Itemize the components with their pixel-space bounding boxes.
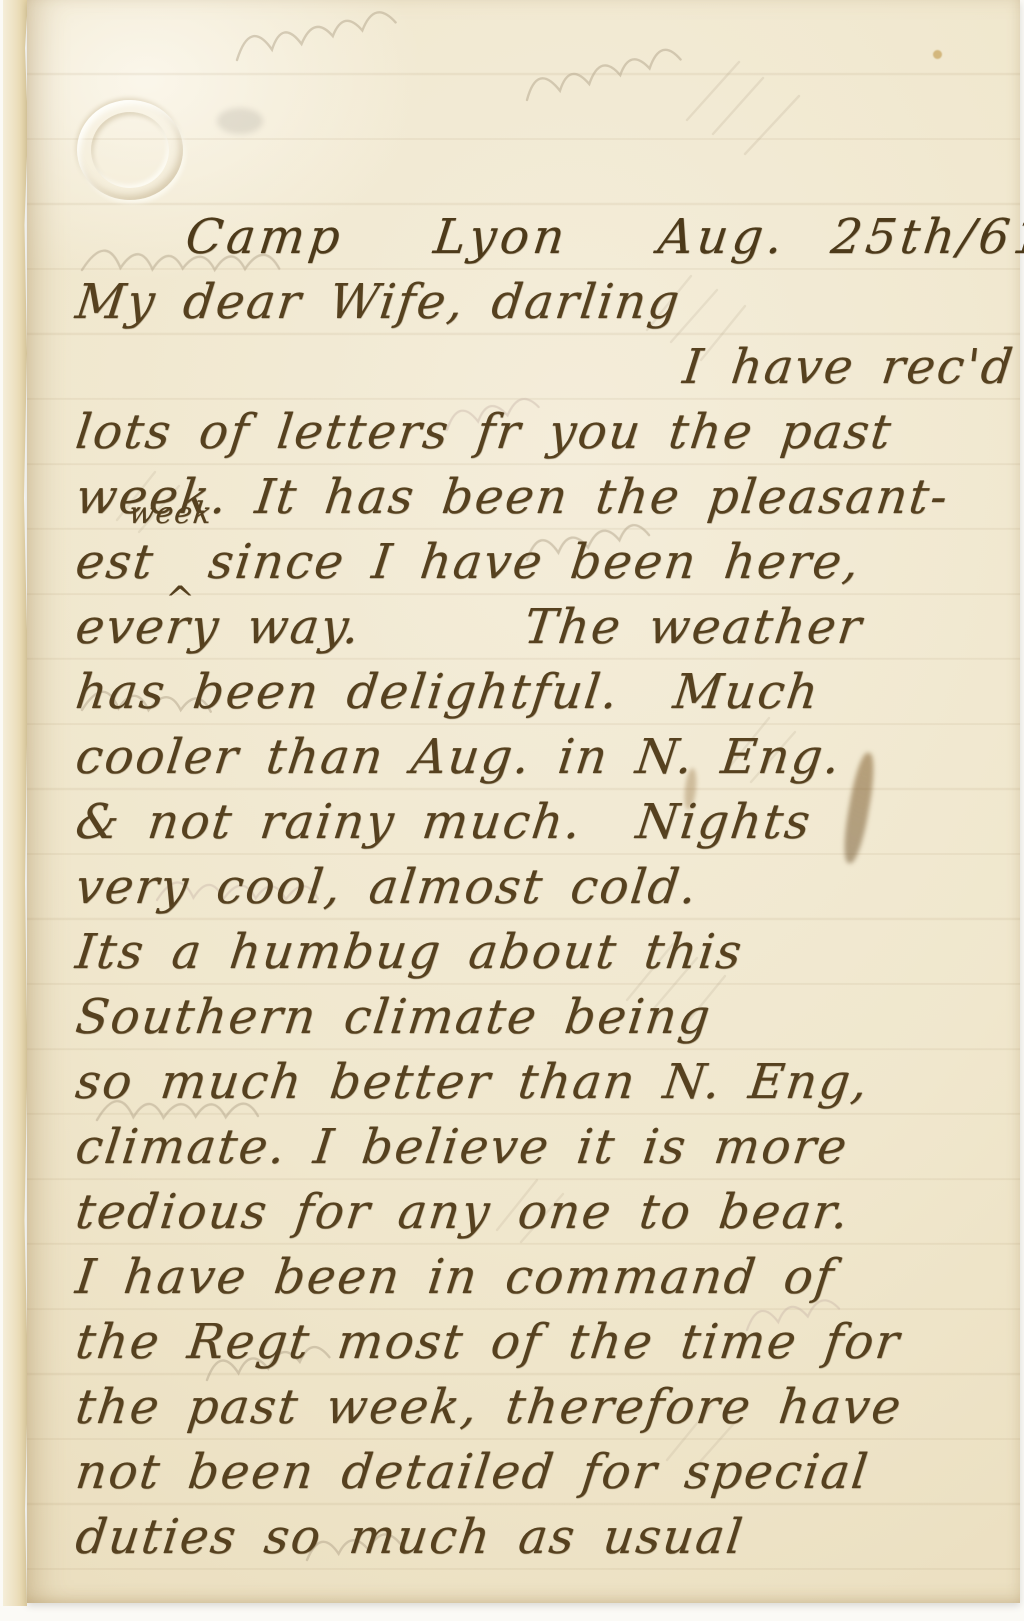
letter-line: I have been in command of <box>72 1245 1024 1310</box>
letter-line: so much better than N. Eng, <box>72 1050 1024 1115</box>
letter-line: week. It has been the pleasant- <box>72 465 1024 530</box>
letter-line: est since I have been here, <box>72 530 1024 595</box>
scan-background: { "letter": { "dateline": "Camp Lyon Aug… <box>0 0 1024 1621</box>
letter-line: the past week, therefore have <box>72 1375 1024 1440</box>
letter-line: I have rec'd <box>72 335 1024 400</box>
pencil-smudge <box>217 108 263 134</box>
letter-line: the Regt most of the time for <box>72 1310 1024 1375</box>
dateline: Camp Lyon Aug. 25th/61 <box>182 205 1024 270</box>
letter-line: duties so much as usual <box>72 1505 1024 1570</box>
letter-line: climate. I believe it is more <box>72 1115 1024 1180</box>
letter-line: lots of letters fr you the past <box>72 400 1024 465</box>
letter-line: not been detailed for special <box>72 1440 1024 1505</box>
letter-line: every way. The weather <box>72 595 1024 660</box>
letter-line: cooler than Aug. in N. Eng. <box>72 725 1024 790</box>
salutation: My dear Wife, darling <box>72 270 1024 335</box>
letter-page: week ^ Camp Lyon Aug. 25th/61 My dear Wi… <box>27 0 1020 1603</box>
second-leaf-edge <box>3 0 28 1606</box>
letter-body: Camp Lyon Aug. 25th/61 My dear Wife, dar… <box>72 205 1024 1570</box>
paper-stain-speck <box>933 50 942 59</box>
letter-line: Its a humbug about this <box>72 920 1024 985</box>
letter-line: tedious for any one to bear. <box>72 1180 1024 1245</box>
letter-line: Southern climate being <box>72 985 1024 1050</box>
embossed-seal <box>77 100 183 200</box>
letter-line: very cool, almost cold. <box>72 855 1024 920</box>
letter-line: & not rainy much. Nights <box>72 790 1024 855</box>
letter-line: has been delightful. Much <box>72 660 1024 725</box>
